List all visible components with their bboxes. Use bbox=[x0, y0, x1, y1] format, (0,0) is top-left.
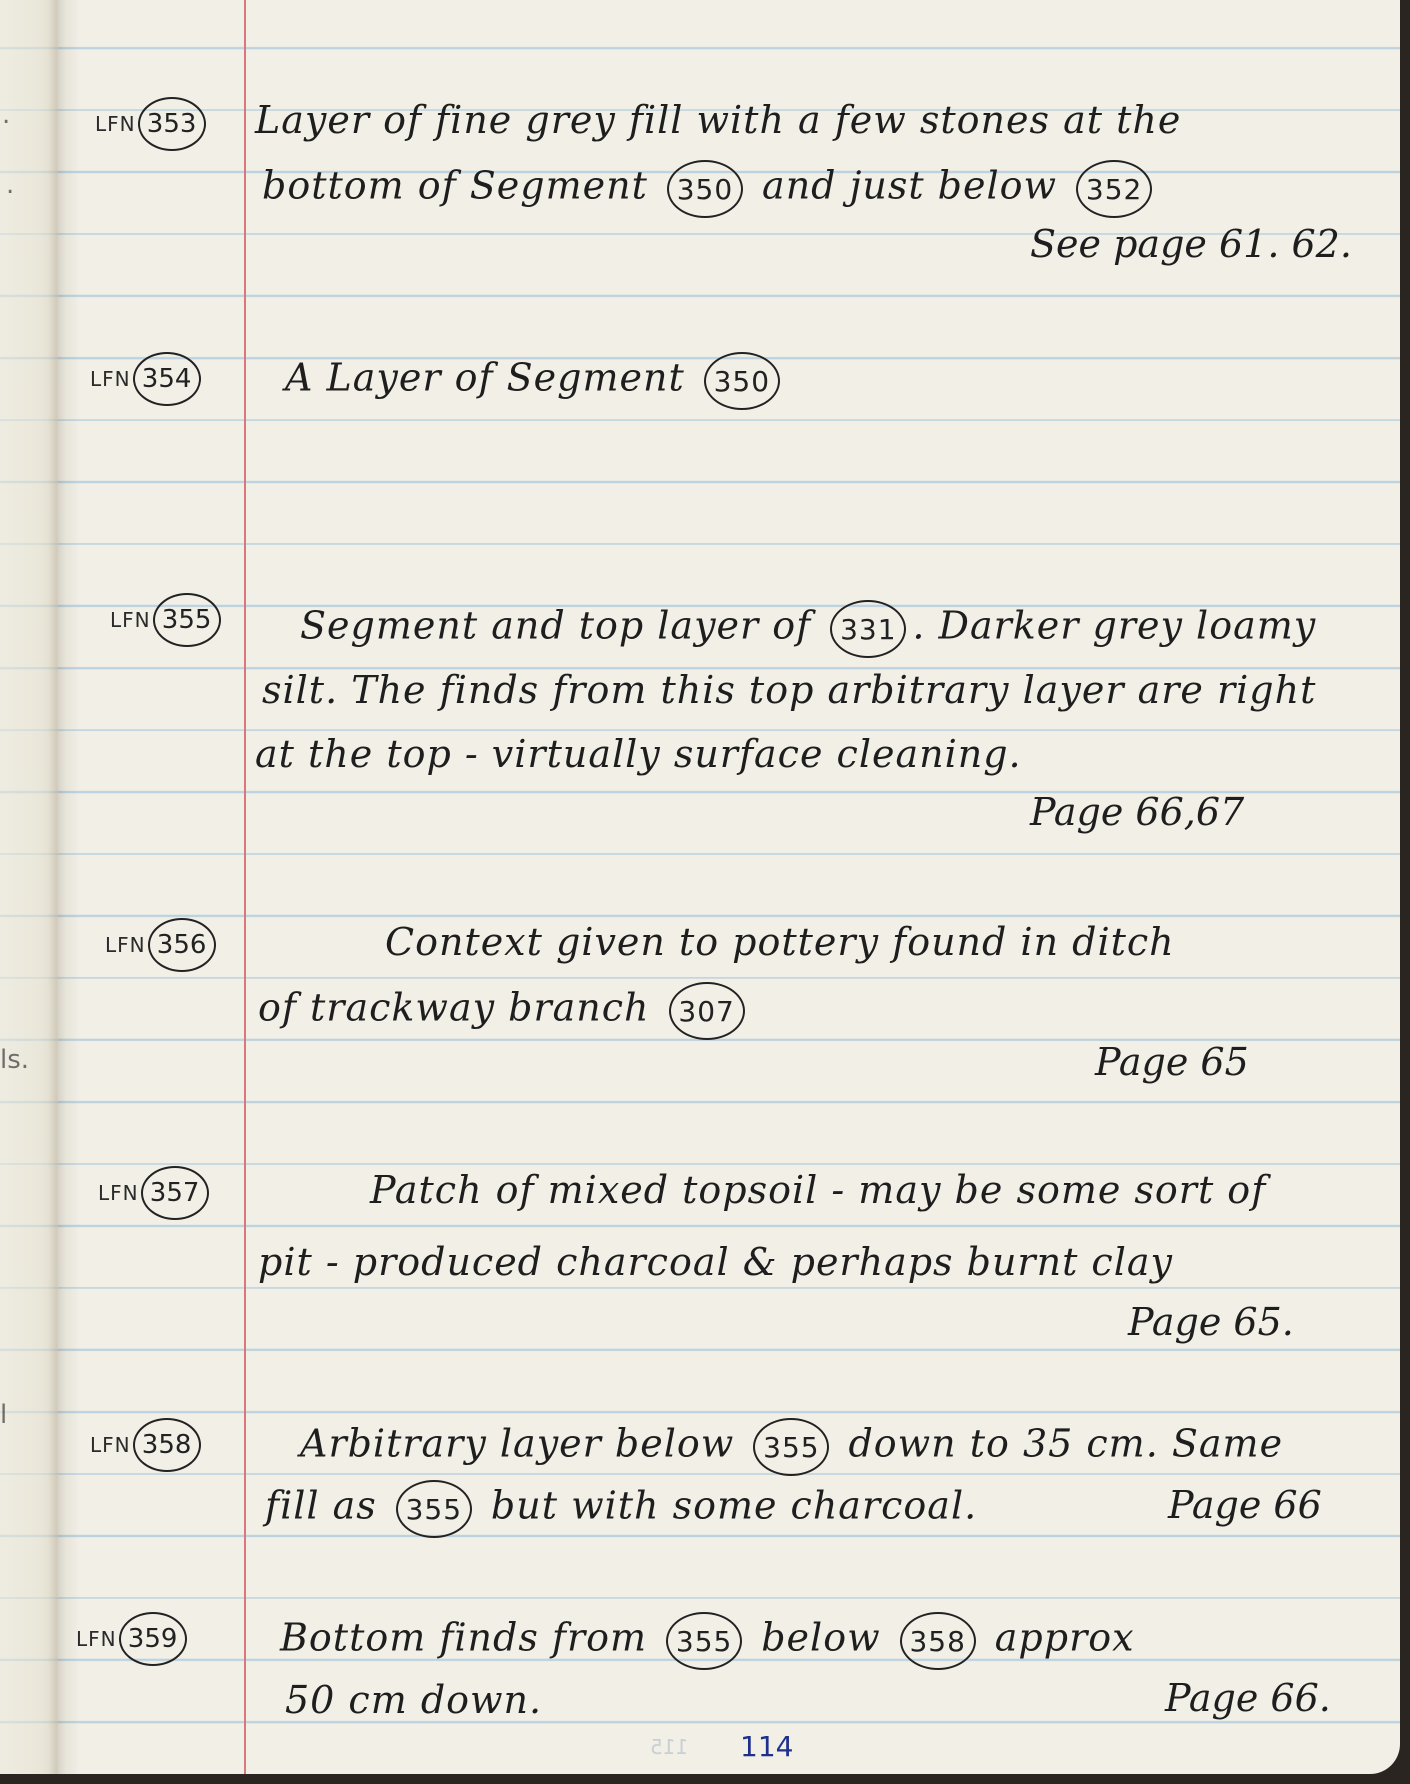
entry-label: LFN 355 bbox=[110, 593, 221, 647]
entry-text-line: Arbitrary layer below 355 down to 35 cm.… bbox=[300, 1418, 1283, 1476]
context-number-circle: 355 bbox=[153, 593, 221, 647]
lfn-prefix: LFN bbox=[110, 608, 151, 632]
entry-text-line: at the top - virtually surface cleaning. bbox=[255, 732, 1022, 776]
entry-text-line: Bottom finds from 355 below 358 approx bbox=[280, 1612, 1135, 1670]
lfn-prefix: LFN bbox=[95, 112, 136, 136]
entry-text-line: pit - produced charcoal & perhaps burnt … bbox=[258, 1240, 1173, 1284]
entry-label: LFN 357 bbox=[98, 1166, 209, 1220]
entry-label: LFN 354 bbox=[90, 352, 201, 406]
context-number-circle: 353 bbox=[138, 97, 206, 151]
context-ref-circle: 352 bbox=[1076, 160, 1152, 218]
entry-text-line: bottom of Segment 350 and just below 352 bbox=[262, 160, 1158, 218]
lfn-prefix: LFN bbox=[90, 367, 131, 391]
previous-page-fragment: . bbox=[6, 170, 14, 200]
context-ref-circle: 350 bbox=[704, 352, 780, 410]
context-number-circle: 354 bbox=[133, 352, 201, 406]
lfn-prefix: LFN bbox=[76, 1627, 117, 1651]
context-ref-circle: 355 bbox=[396, 1480, 472, 1538]
bleed-through-page-number: 115 bbox=[650, 1735, 688, 1759]
entry-text-line: Segment and top layer of 331. Darker gre… bbox=[300, 600, 1316, 658]
margin-line bbox=[244, 0, 246, 1774]
previous-page-fragment: l bbox=[0, 1400, 7, 1430]
previous-page-edge bbox=[0, 0, 58, 1774]
page-reference: Page 66,67 bbox=[1030, 790, 1244, 834]
lfn-prefix: LFN bbox=[90, 1433, 131, 1457]
context-ref-circle: 358 bbox=[900, 1612, 976, 1670]
context-ref-circle: 350 bbox=[667, 160, 743, 218]
page-reference: Page 65 bbox=[1095, 1040, 1249, 1084]
entry-label: LFN 353 bbox=[95, 97, 206, 151]
previous-page-fragment: . bbox=[2, 100, 10, 130]
entry-text-line: 50 cm down. bbox=[285, 1678, 542, 1722]
entry-text-line: A Layer of Segment 350 bbox=[285, 352, 786, 410]
entry-label: LFN 356 bbox=[105, 918, 216, 972]
entry-text-line: Patch of mixed topsoil - may be some sor… bbox=[370, 1168, 1266, 1212]
lfn-prefix: LFN bbox=[105, 933, 146, 957]
previous-page-fragment: ls. bbox=[0, 1045, 29, 1075]
context-ref-circle: 355 bbox=[666, 1612, 742, 1670]
page-reference: Page 66 bbox=[1168, 1483, 1322, 1527]
context-number-circle: 358 bbox=[133, 1418, 201, 1472]
context-number-circle: 356 bbox=[148, 918, 216, 972]
notebook-page: . . ls. l LFN 353 Layer of fine grey fil… bbox=[0, 0, 1400, 1774]
context-ref-circle: 331 bbox=[830, 600, 906, 658]
page-reference: Page 65. bbox=[1128, 1300, 1294, 1344]
entry-text-line: silt. The finds from this top arbitrary … bbox=[262, 668, 1316, 712]
entry-text-line: Context given to pottery found in ditch bbox=[385, 920, 1175, 964]
context-ref-circle: 355 bbox=[753, 1418, 829, 1476]
entry-text-line: fill as 355 but with some charcoal. bbox=[265, 1480, 977, 1538]
entry-label: LFN 359 bbox=[76, 1612, 187, 1666]
lfn-prefix: LFN bbox=[98, 1181, 139, 1205]
page-reference: Page 66. bbox=[1165, 1676, 1331, 1720]
entry-label: LFN 358 bbox=[90, 1418, 201, 1472]
context-number-circle: 359 bbox=[119, 1612, 187, 1666]
entry-text-line: Layer of fine grey fill with a few stone… bbox=[255, 98, 1181, 142]
page-reference: See page 61. 62. bbox=[1030, 222, 1352, 266]
context-ref-circle: 307 bbox=[669, 982, 745, 1040]
entry-text-line: of trackway branch 307 bbox=[258, 982, 751, 1040]
context-number-circle: 357 bbox=[141, 1166, 209, 1220]
page-number: 114 bbox=[740, 1730, 793, 1763]
